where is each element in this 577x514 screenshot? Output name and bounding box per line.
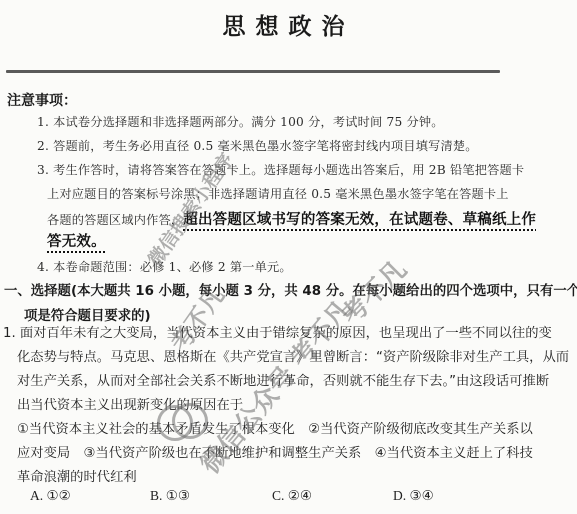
notice-heading: 注意事项： [7, 90, 77, 110]
notice-item-3: 3. 考生作答时，请将答案答在答题卡上。选择题每小题选出答案后，用 2B 铅笔把… [37, 161, 524, 178]
notice-text: 各题的答题区域内作答， [47, 213, 183, 227]
notice-item-2: 2. 答题前，考生务必用直径 0.5 毫米黑色墨水签字笔将密封线内项目填写清楚。 [37, 137, 478, 154]
option-b: B. ①③ [150, 488, 190, 504]
section-heading: 一、选择题(本大题共 16 小题，每小题 3 分，共 48 分。在每小题给出的四… [4, 280, 577, 299]
notice-emphasis-end: 答无效。 [47, 230, 106, 251]
page-title: 思想政治 [0, 8, 577, 41]
notice-emphasis: 超出答题区域书写的答案无效，在试题卷、草稿纸上作 [183, 212, 536, 228]
question-line: 对生产关系，从而对全部社会关系不断地进行革命，否则就不能生存下去。”由这段话可推… [17, 370, 549, 389]
question-line: 应对变局 ③当代资产阶级也在不断地维护和调整生产关系 ④当代资本主义赶上了科技 [17, 442, 533, 461]
notice-item-3-cont2: 各题的答题区域内作答，超出答题区域书写的答案无效，在试题卷、草稿纸上作 [47, 208, 536, 229]
question-line: 化态势与特点。马克思、恩格斯在《共产党宣言》里曾断言：“资产阶级除非对生产工具，… [17, 346, 569, 365]
watermark-stamp-icon [172, 403, 208, 439]
header-divider [6, 70, 500, 73]
option-d: D. ③④ [393, 488, 434, 504]
question-line: 出当代资本主义出现新变化的原因在于 [17, 394, 243, 413]
question-line: 1. 面对百年未有之大变局，当代资本主义由于错综复杂的原因，也呈现出了一些不同以… [3, 322, 552, 341]
option-c: C. ②④ [272, 488, 312, 504]
question-line: 革命浪潮的时代红利 [17, 466, 137, 485]
notice-item-3-cont: 上对应题目的答案标号涂黑；非选择题请用直径 0.5 毫米黑色墨水签字笔在答题卡上 [47, 185, 509, 202]
notice-item-4: 4. 本卷命题范围：必修 1、必修 2 第一单元。 [37, 258, 292, 275]
question-line: ①当代资本主义社会的基本矛盾发生了根本变化 ②当代资产阶级彻底改变其生产关系以 [17, 418, 533, 437]
option-a: A. ①② [30, 488, 71, 504]
notice-item-1: 1. 本试卷分选择题和非选择题两部分。满分 100 分，考试时间 75 分钟。 [37, 113, 444, 130]
